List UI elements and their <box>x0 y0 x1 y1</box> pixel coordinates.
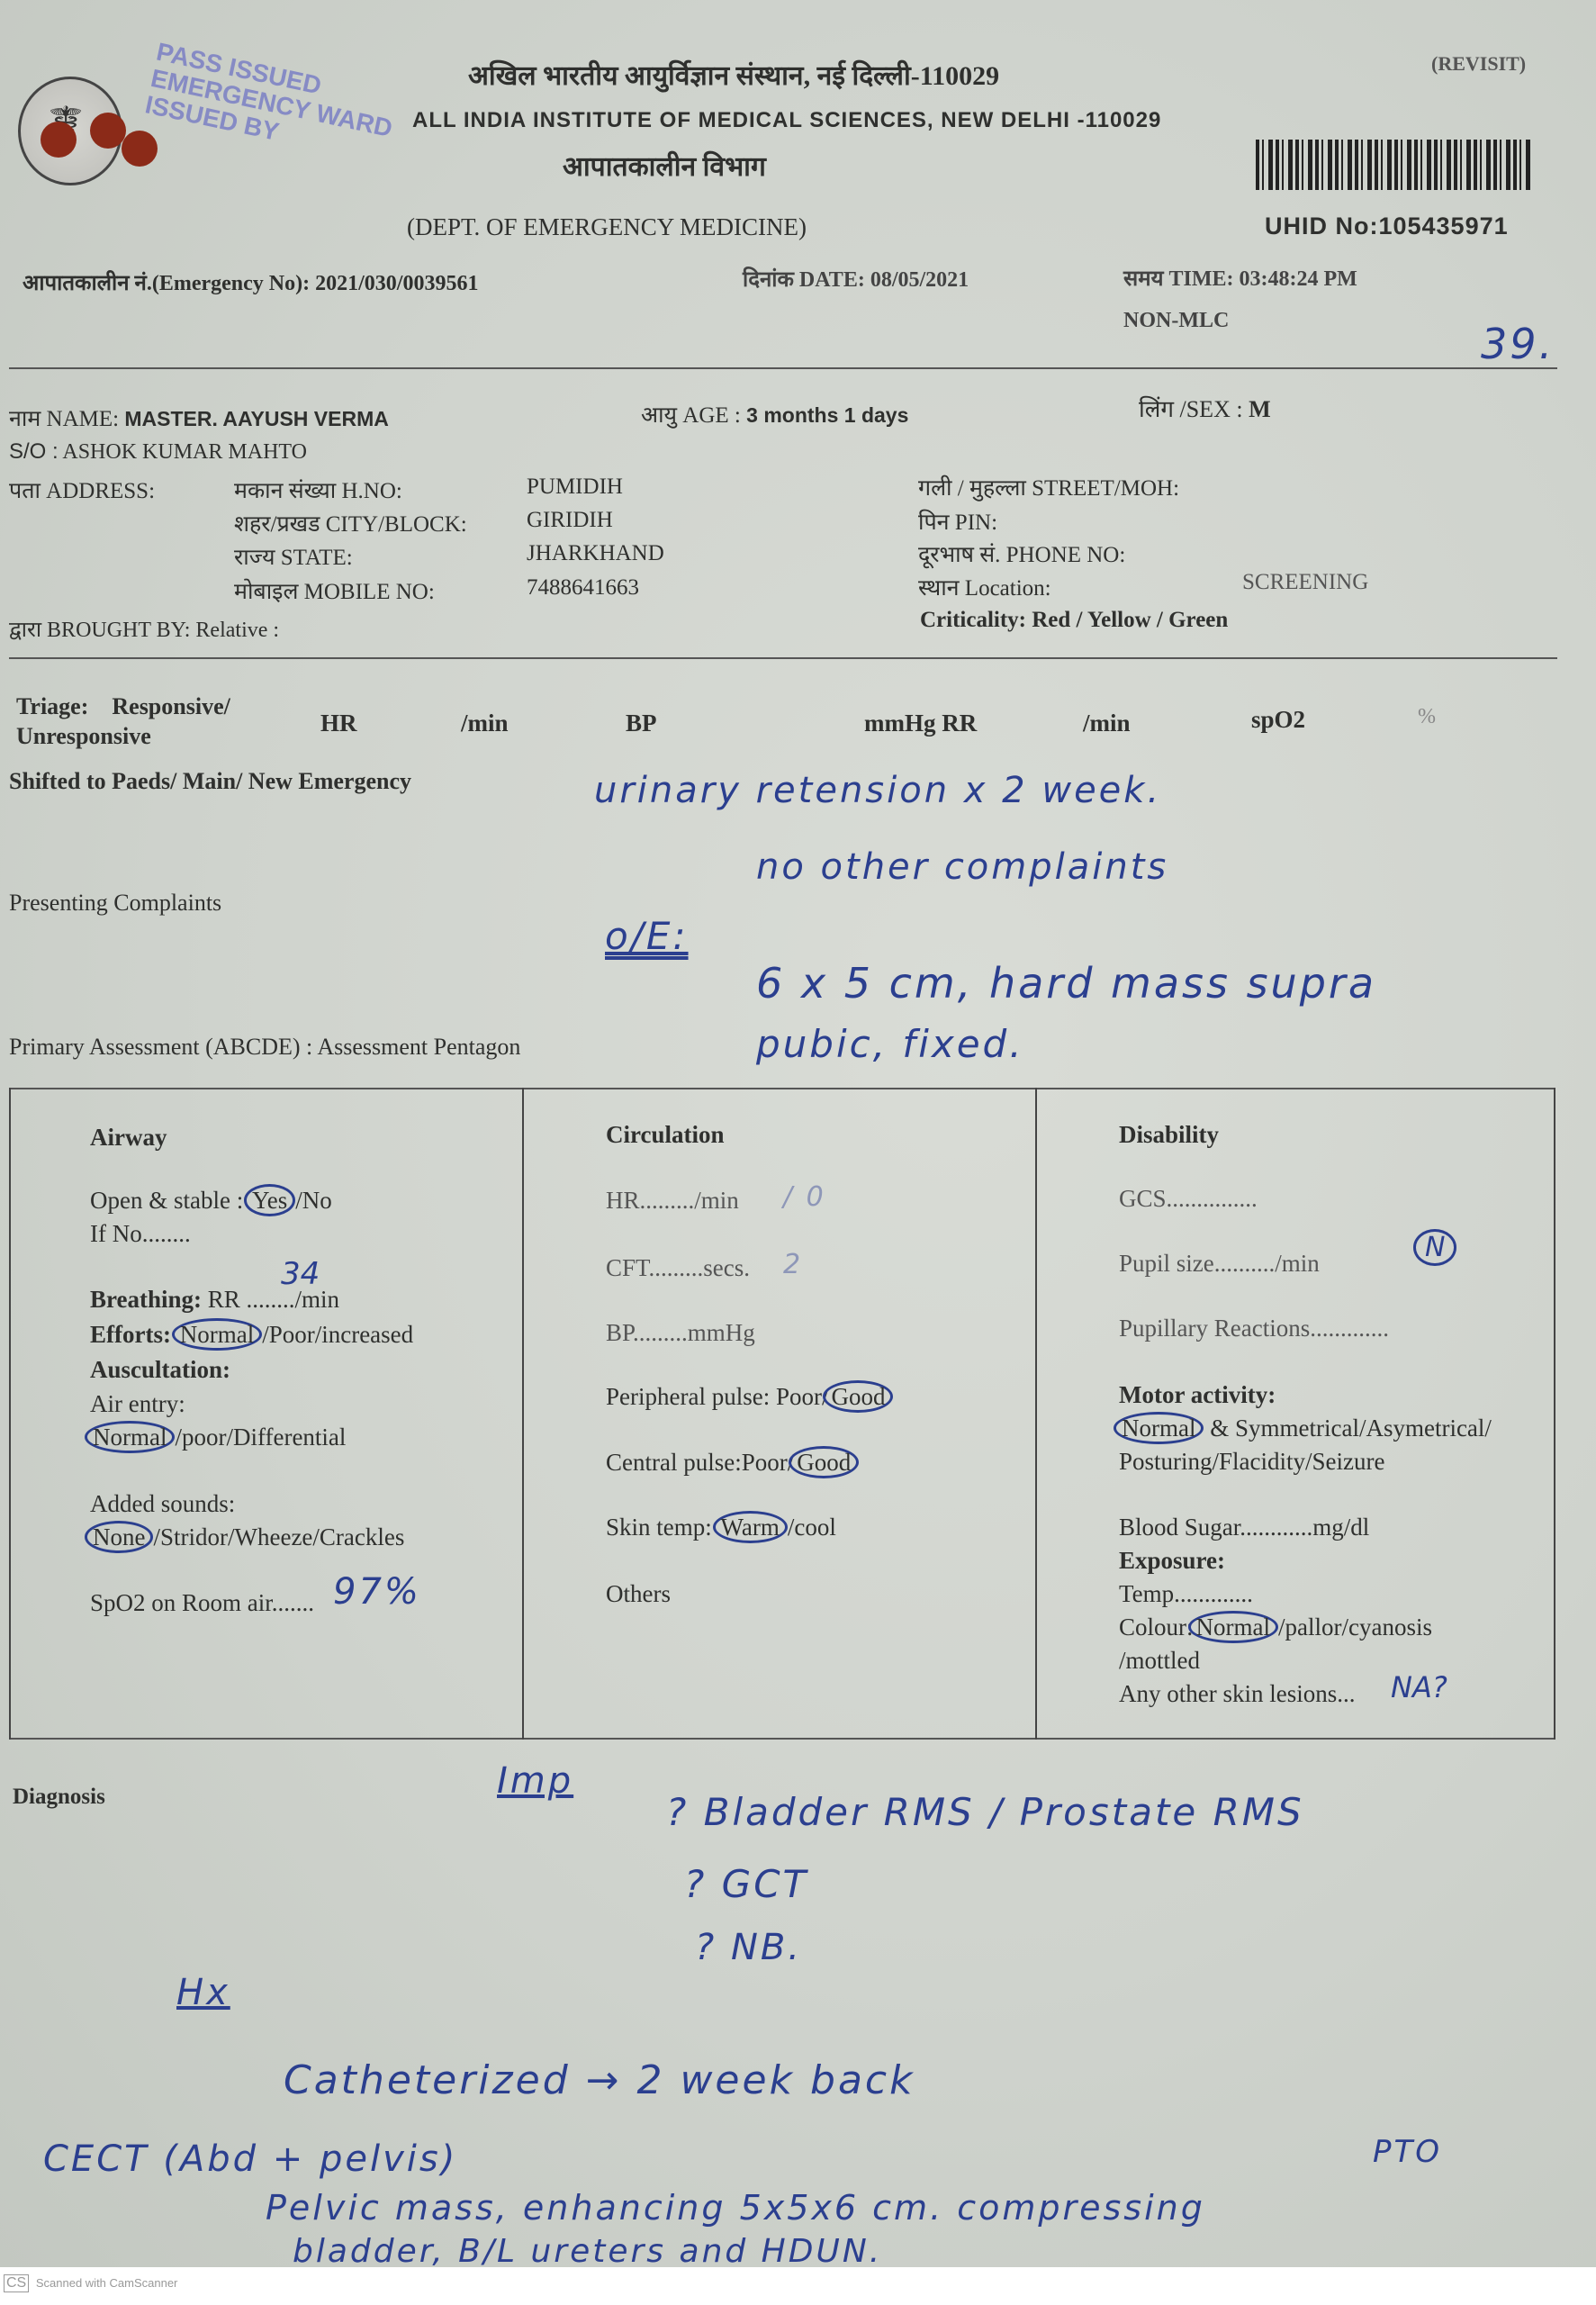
wax-seal-icon <box>41 122 77 158</box>
added-sounds-label: Added sounds: <box>90 1490 235 1518</box>
brought-by: द्वारा BROUGHT BY: Relative : <box>9 614 279 644</box>
complaint-line: no other complaints <box>756 846 1168 888</box>
diagnosis-line: ? Bladder RMS / Prostate RMS <box>666 1790 1304 1834</box>
investigation-label: CECT (Abd + pelvis) <box>43 2138 457 2180</box>
state-value: JHARKHAND <box>527 541 664 566</box>
circulation-others: Others <box>606 1580 671 1608</box>
complaint-line: urinary retension x 2 week. <box>594 770 1161 811</box>
camscanner-watermark: CS Scanned with CamScanner <box>4 2274 177 2292</box>
triage-bp-unit-rr: mmHg RR <box>864 710 977 737</box>
motor-activity-label: Motor activity: <box>1119 1381 1276 1409</box>
table-border <box>9 1088 11 1740</box>
divider <box>9 367 1557 369</box>
exposure-temp: Temp............. <box>1119 1580 1253 1608</box>
central-pulse: Central pulse:Poor/Good <box>606 1449 859 1477</box>
primary-assessment-label: Primary Assessment (ABCDE) : Assessment … <box>9 1034 520 1061</box>
circulation-bp: BP.........mmHg <box>606 1319 755 1347</box>
mobile-label: मोबाइल MOBILE NO: <box>234 575 435 606</box>
air-entry: Normal/poor/Differential <box>90 1424 346 1451</box>
pupil-mark: N <box>1413 1229 1456 1266</box>
airway-title: Airway <box>90 1124 167 1152</box>
diagnosis-label: Diagnosis <box>13 1785 105 1810</box>
disability-title: Disability <box>1119 1121 1219 1149</box>
added-sounds: None/Stridor/Wheeze/Crackles <box>90 1523 404 1551</box>
skin-lesions-value: NA? <box>1391 1670 1447 1704</box>
impression-label: Imp <box>497 1760 573 1802</box>
patient-sex: लिंग /SEX : M <box>1139 392 1271 424</box>
shifted-to: Shifted to Paeds/ Main/ New Emergency <box>9 768 411 795</box>
pupillary-reactions: Pupillary Reactions............. <box>1119 1315 1389 1342</box>
circulation-title: Circulation <box>606 1121 725 1149</box>
triage-spo2: spO2 <box>1251 706 1305 734</box>
department-name: (DEPT. OF EMERGENCY MEDICINE) <box>407 213 807 241</box>
hindi-institute-title: अखिल भारतीय आयुर्विज्ञान संस्थान, नई दिल… <box>468 56 999 93</box>
table-border <box>522 1088 524 1740</box>
triage-hr: HR <box>320 710 357 737</box>
circulation-cft: CFT.........secs. <box>606 1254 750 1282</box>
table-border <box>1035 1088 1037 1740</box>
pto-note: PTO <box>1373 2134 1442 2170</box>
patient-age: आयु AGE : 3 months 1 days <box>641 399 908 429</box>
triage-rr-unit: /min <box>1083 710 1131 737</box>
table-bottom-border <box>9 1738 1555 1740</box>
examination-finding: pubic, fixed. <box>756 1022 1024 1066</box>
wax-seal-icon <box>122 131 158 167</box>
emergency-number: आपातकालीन नं.(Emergency No): 2021/030/00… <box>23 267 478 297</box>
city-label: शहर/प्रखड CITY/BLOCK: <box>234 508 467 538</box>
motor-activity: Normal & Symmetrical/Asymetrical/ <box>1119 1415 1492 1442</box>
triage-spo2-unit: % <box>1418 705 1436 729</box>
air-entry-label: Air entry: <box>90 1390 185 1418</box>
circulation-cft-value: 2 <box>783 1249 803 1280</box>
exposure-colour: Colour:Normal/pallor/cyanosis <box>1119 1613 1432 1641</box>
investigation-finding: bladder, B/L ureters and HDUN. <box>293 2233 882 2270</box>
gcs: GCS............... <box>1119 1185 1258 1213</box>
visit-type: (REVISIT) <box>1431 52 1526 76</box>
pupil-size: Pupil size........../min <box>1119 1250 1320 1278</box>
spo2-value: 97% <box>333 1571 421 1613</box>
hindi-department: आपातकालीन विभाग <box>563 147 766 184</box>
triage-hr-unit: /min <box>461 710 509 737</box>
triage-bp: BP <box>626 710 657 737</box>
examination-finding: 6 x 5 cm, hard mass supra <box>756 959 1376 1008</box>
form-page: ☤ PASS ISSUED EMERGENCY WARD ISSUED BY अ… <box>0 0 1596 2267</box>
divider <box>9 657 1557 659</box>
breathing-efforts: Efforts: Normal/Poor/increased <box>90 1321 413 1349</box>
location-label: स्थान Location: <box>918 572 1051 602</box>
phone-label: दूरभाष सं. PHONE NO: <box>918 538 1125 569</box>
breathing-rr: Breathing: RR ......../min <box>90 1286 339 1314</box>
mobile-value: 7488641663 <box>527 575 639 601</box>
spo2-room-air: SpO2 on Room air....... <box>90 1589 314 1617</box>
camscanner-icon: CS <box>4 2274 29 2292</box>
uhid-number: UHID No:105435971 <box>1265 212 1509 240</box>
auscultation-label: Auscultation: <box>90 1356 230 1384</box>
case-type: NON-MLC <box>1123 309 1229 333</box>
airway-if-no: If No........ <box>90 1220 191 1248</box>
history-line: Catheterized → 2 week back <box>284 2057 915 2103</box>
pass-issued-stamp: PASS ISSUED EMERGENCY WARD ISSUED BY <box>143 39 401 169</box>
handwritten-serial: 39. <box>1481 320 1555 368</box>
barcode <box>1256 140 1530 190</box>
city-value: GIRIDIH <box>527 508 613 533</box>
history-label: Hx <box>176 1972 230 2013</box>
peripheral-pulse: Peripheral pulse: Poor/Good <box>606 1383 893 1411</box>
airway-open-stable: Open & stable : Yes/No <box>90 1187 332 1215</box>
hno-value: PUMIDIH <box>527 475 623 500</box>
visit-time: समय TIME: 03:48:24 PM <box>1123 263 1357 293</box>
parent-name: S/O : ASHOK KUMAR MAHTO <box>9 439 307 465</box>
scanner-footer <box>0 2267 1596 2305</box>
criticality: Criticality: Red / Yellow / Green <box>920 608 1228 633</box>
diagnosis-line: ? GCT <box>684 1862 808 1906</box>
table-top-border <box>9 1088 1555 1089</box>
patient-name: नाम NAME: MASTER. AAYUSH VERMA <box>9 402 389 433</box>
visit-date: दिनांक DATE: 08/05/2021 <box>743 264 969 294</box>
presenting-complaints-label: Presenting Complaints <box>9 890 221 917</box>
location-value: SCREENING <box>1242 570 1368 595</box>
skin-lesions: Any other skin lesions... <box>1119 1680 1356 1708</box>
exposure-label: Exposure: <box>1119 1547 1225 1575</box>
institute-title: ALL INDIA INSTITUTE OF MEDICAL SCIENCES,… <box>412 108 1161 133</box>
wax-seal-icon <box>90 113 126 149</box>
blood-sugar: Blood Sugar............mg/dl <box>1119 1514 1369 1541</box>
exposure-mottled: /mottled <box>1119 1647 1200 1675</box>
circulation-hr-value: / 0 <box>783 1181 826 1213</box>
hno-label: मकान संख्या H.NO: <box>234 475 402 505</box>
skin-temp: Skin temp: Warm/cool <box>606 1514 836 1541</box>
table-border <box>1554 1088 1555 1740</box>
motor-activity-line2: Posturing/Flacidity/Seizure <box>1119 1448 1384 1476</box>
address-label: पता ADDRESS: <box>9 475 155 505</box>
street-label: गली / मुहल्ला STREET/MOH: <box>918 472 1179 502</box>
diagnosis-line: ? NB. <box>695 1927 802 1968</box>
on-examination-label: o/E: <box>605 914 689 958</box>
triage-responsiveness: Triage: Responsive/ Unresponsive <box>16 691 230 751</box>
pin-label: पिन PIN: <box>918 506 997 537</box>
state-label: राज्य STATE: <box>234 541 353 572</box>
circulation-hr: HR........./min <box>606 1187 739 1215</box>
investigation-finding: Pelvic mass, enhancing 5x5x6 cm. compres… <box>266 2188 1205 2228</box>
